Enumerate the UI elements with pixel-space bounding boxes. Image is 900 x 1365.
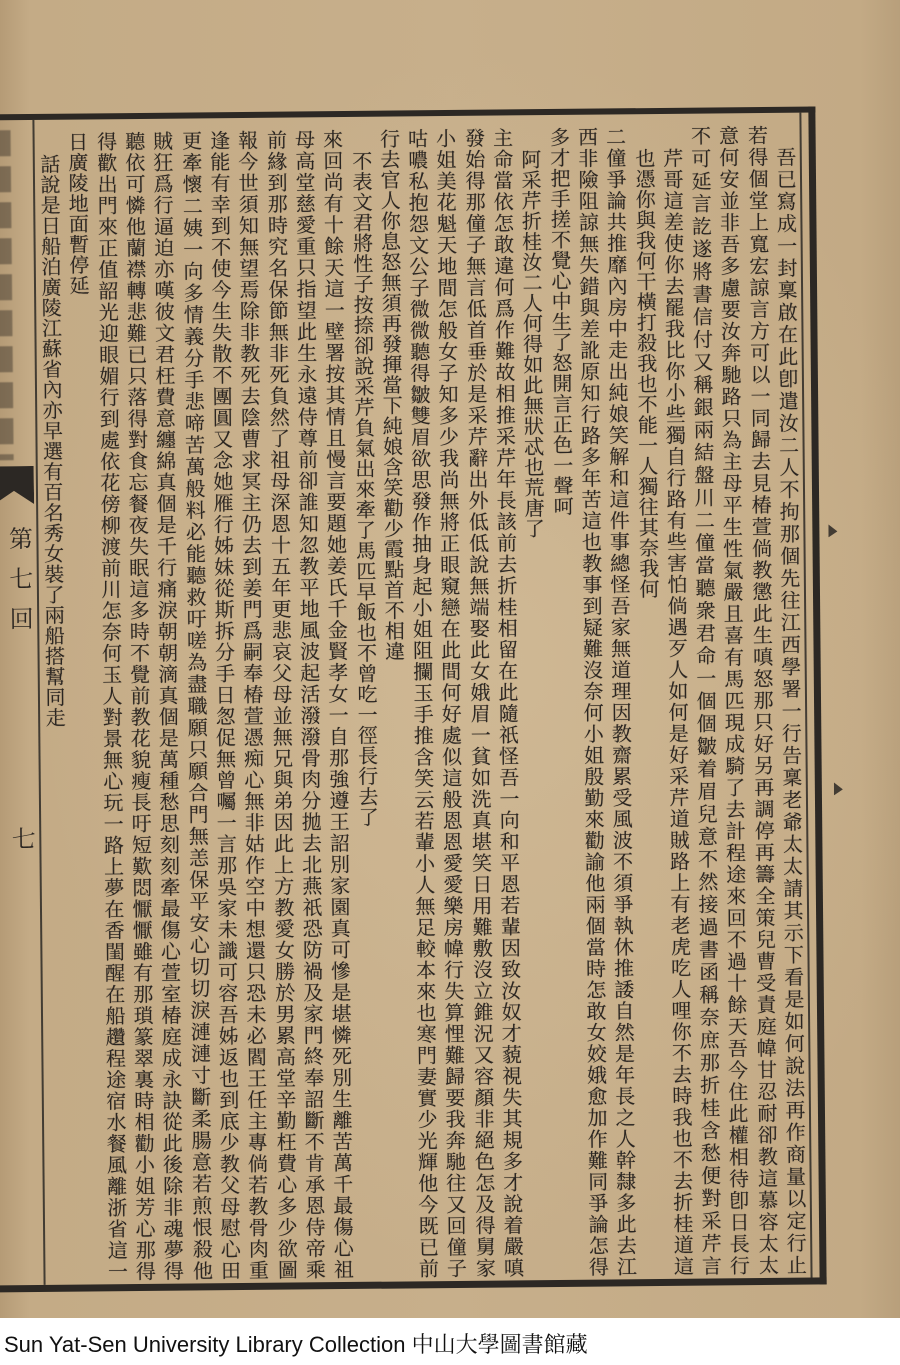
frame-right-border bbox=[808, 106, 826, 1284]
binding-hole-icon bbox=[828, 524, 837, 537]
printed-block: 第七回 七 吾已寫成一封稟啟在此卽遣汝二人不拘那個先往江西學署一行告稟老爺太太請… bbox=[0, 0, 900, 1322]
margin-title-fragment bbox=[0, 130, 14, 460]
collection-credit: Sun Yat-Sen University Library Collectio… bbox=[4, 1328, 588, 1359]
chapter-label: 第七回 bbox=[4, 526, 33, 646]
binding-hole-icon bbox=[834, 782, 843, 795]
page-number: 七 bbox=[7, 826, 35, 850]
fish-tail-mark-icon bbox=[0, 466, 34, 504]
scanned-page: 第七回 七 吾已寫成一封稟啟在此卽遣汝二人不拘那個先往江西學署一行告稟老爺太太請… bbox=[0, 0, 900, 1318]
footer-bar: Sun Yat-Sen University Library Collectio… bbox=[0, 1318, 900, 1365]
frame-top-border bbox=[0, 106, 815, 120]
